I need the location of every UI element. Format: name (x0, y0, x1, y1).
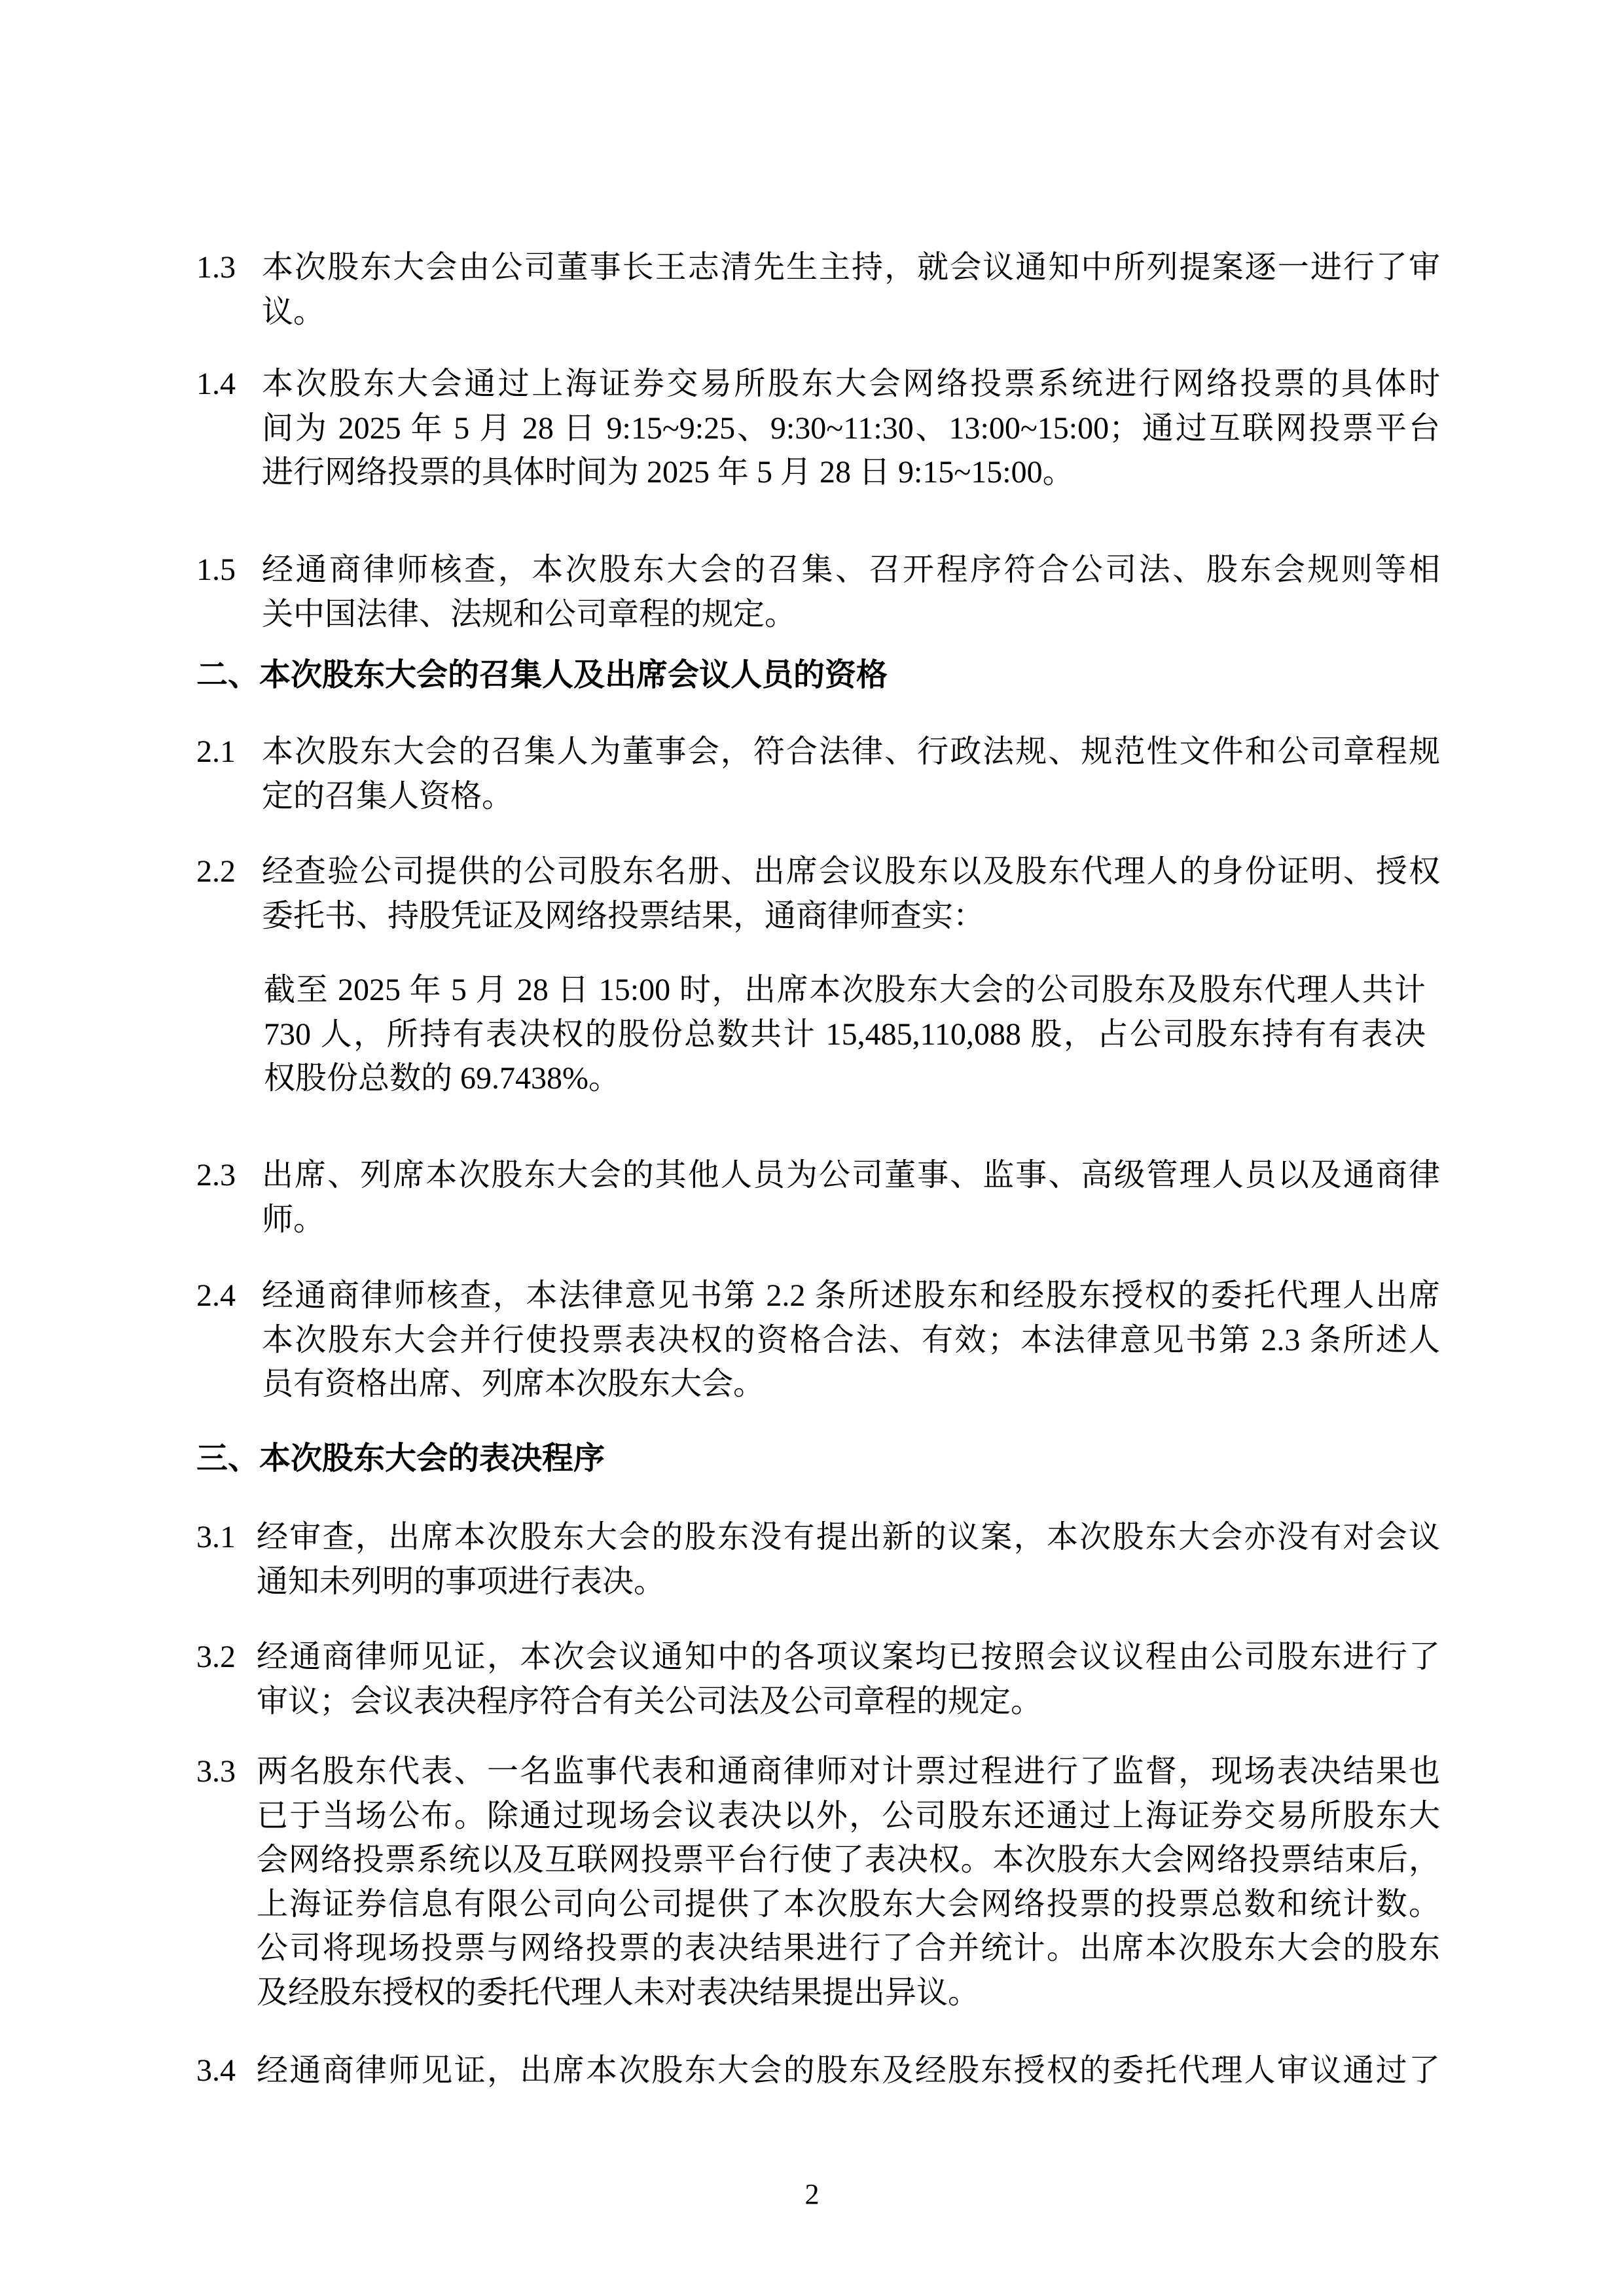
clause-number: 1.3 (196, 245, 262, 334)
text-line: 通知未列明的事项进行表决。 (257, 1560, 1440, 1604)
clause-number: 3.3 (196, 1749, 257, 2015)
clause-2-2-attendance-paragraph: 截至 2025 年 5 月 28 日 15:00 时，出席本次股东大会的公司股东… (264, 968, 1426, 1101)
text-line: 经通商律师核查，本次股东大会的召集、召开程序符合公司法、股东会规则等相 (262, 548, 1440, 592)
text-line: 经通商律师见证，出席本次股东大会的股东及经股东授权的委托代理人审议通过了 (257, 2049, 1440, 2093)
text-line: 上海证券信息有限公司向公司提供了本次股东大会网络投票的投票总数和统计数。 (257, 1882, 1440, 1927)
section-heading-2: 二、本次股东大会的召集人及出席会议人员的资格 (196, 653, 888, 698)
clause-2-4: 2.4 经通商律师核查，本法律意见书第 2.2 条所述股东和经股东授权的委托代理… (196, 1274, 1440, 1407)
clause-number: 2.4 (196, 1274, 262, 1407)
text-line: 本次股东大会由公司董事长王志清先生主持，就会议通知中所列提案逐一进行了审 (262, 245, 1440, 290)
text-line: 截至 2025 年 5 月 28 日 15:00 时，出席本次股东大会的公司股东… (264, 968, 1426, 1013)
text-line: 委托书、持股凭证及网络投票结果，通商律师查实： (262, 894, 1440, 939)
clause-text: 出席、列席本次股东大会的其他人员为公司董事、监事、高级管理人员以及通商律 师。 (262, 1153, 1440, 1242)
clause-number: 2.3 (196, 1153, 262, 1242)
clause-text: 经通商律师见证，本次会议通知中的各项议案均已按照会议议程由公司股东进行了 审议；… (257, 1635, 1440, 1723)
clause-number: 1.5 (196, 548, 262, 636)
clause-text: 两名股东代表、一名监事代表和通商律师对计票过程进行了监督，现场表决结果也 已于当… (257, 1749, 1440, 2015)
text-line: 本次股东大会通过上海证券交易所股东大会网络投票系统进行网络投票的具体时 (262, 362, 1440, 406)
clause-number: 3.4 (196, 2049, 257, 2093)
section-heading-number: 三、 (196, 1441, 259, 1476)
text-line: 定的召集人资格。 (262, 774, 1440, 819)
text-line: 经审查，出席本次股东大会的股东没有提出新的议案，本次股东大会亦没有对会议 (257, 1515, 1440, 1560)
clause-3-3: 3.3 两名股东代表、一名监事代表和通商律师对计票过程进行了监督，现场表决结果也… (196, 1749, 1440, 2015)
clause-text: 经通商律师核查，本法律意见书第 2.2 条所述股东和经股东授权的委托代理人出席 … (262, 1274, 1440, 1407)
text-line: 关中国法律、法规和公司章程的规定。 (262, 592, 1440, 637)
section-heading-title: 本次股东大会的召集人及出席会议人员的资格 (259, 658, 888, 692)
text-line: 及经股东授权的委托代理人未对表决结果提出异议。 (257, 1971, 1440, 2015)
page-number: 2 (0, 2178, 1624, 2211)
text-line: 会网络投票系统以及互联网投票平台行使了表决权。本次股东大会网络投票结束后， (257, 1838, 1440, 1882)
clause-3-1: 3.1 经审查，出席本次股东大会的股东没有提出新的议案，本次股东大会亦没有对会议… (196, 1515, 1440, 1604)
text-line: 经查验公司提供的公司股东名册、出席会议股东以及股东代理人的身份证明、授权 (262, 850, 1440, 894)
text-line: 间为 2025 年 5 月 28 日 9:15~9:25、9:30~11:30、… (262, 406, 1440, 451)
section-heading-number: 二、 (196, 658, 259, 692)
clause-3-2: 3.2 经通商律师见证，本次会议通知中的各项议案均已按照会议议程由公司股东进行了… (196, 1635, 1440, 1723)
section-heading-title: 本次股东大会的表决程序 (259, 1441, 605, 1476)
text-line: 议。 (262, 290, 1440, 334)
clause-3-4: 3.4 经通商律师见证，出席本次股东大会的股东及经股东授权的委托代理人审议通过了 (196, 2049, 1440, 2093)
clause-2-3: 2.3 出席、列席本次股东大会的其他人员为公司董事、监事、高级管理人员以及通商律… (196, 1153, 1440, 1242)
text-line: 员有资格出席、列席本次股东大会。 (262, 1362, 1440, 1407)
clause-text: 本次股东大会由公司董事长王志清先生主持，就会议通知中所列提案逐一进行了审 议。 (262, 245, 1440, 334)
clause-1-5: 1.5 经通商律师核查，本次股东大会的召集、召开程序符合公司法、股东会规则等相 … (196, 548, 1440, 636)
clause-text: 经审查，出席本次股东大会的股东没有提出新的议案，本次股东大会亦没有对会议 通知未… (257, 1515, 1440, 1604)
text-line: 权股份总数的 69.7438%。 (264, 1056, 1426, 1101)
clause-text: 本次股东大会通过上海证券交易所股东大会网络投票系统进行网络投票的具体时 间为 2… (262, 362, 1440, 495)
clause-text: 经查验公司提供的公司股东名册、出席会议股东以及股东代理人的身份证明、授权 委托书… (262, 850, 1440, 938)
clause-1-4: 1.4 本次股东大会通过上海证券交易所股东大会网络投票系统进行网络投票的具体时 … (196, 362, 1440, 495)
text-line: 经通商律师核查，本法律意见书第 2.2 条所述股东和经股东授权的委托代理人出席 (262, 1274, 1440, 1318)
clause-number: 2.1 (196, 730, 262, 818)
clause-2-1: 2.1 本次股东大会的召集人为董事会，符合法律、行政法规、规范性文件和公司章程规… (196, 730, 1440, 818)
clause-number: 1.4 (196, 362, 262, 495)
text-line: 两名股东代表、一名监事代表和通商律师对计票过程进行了监督，现场表决结果也 (257, 1749, 1440, 1794)
text-line: 师。 (262, 1198, 1440, 1242)
text-line: 已于当场公布。除通过现场会议表决以外，公司股东还通过上海证券交易所股东大 (257, 1794, 1440, 1839)
text-line: 本次股东大会的召集人为董事会，符合法律、行政法规、规范性文件和公司章程规 (262, 730, 1440, 774)
clause-2-2: 2.2 经查验公司提供的公司股东名册、出席会议股东以及股东代理人的身份证明、授权… (196, 850, 1440, 938)
text-line: 进行网络投票的具体时间为 2025 年 5 月 28 日 9:15~15:00。 (262, 450, 1440, 495)
text-line: 本次股东大会并行使投票表决权的资格合法、有效；本法律意见书第 2.3 条所述人 (262, 1318, 1440, 1363)
clause-number: 3.2 (196, 1635, 257, 1723)
text-line: 730 人，所持有表决权的股份总数共计 15,485,110,088 股，占公司… (264, 1013, 1426, 1057)
clause-text: 本次股东大会的召集人为董事会，符合法律、行政法规、规范性文件和公司章程规 定的召… (262, 730, 1440, 818)
clause-text: 经通商律师核查，本次股东大会的召集、召开程序符合公司法、股东会规则等相 关中国法… (262, 548, 1440, 636)
clause-number: 2.2 (196, 850, 262, 938)
clause-text: 经通商律师见证，出席本次股东大会的股东及经股东授权的委托代理人审议通过了 (257, 2049, 1440, 2093)
text-line: 经通商律师见证，本次会议通知中的各项议案均已按照会议议程由公司股东进行了 (257, 1635, 1440, 1679)
text-line: 公司将现场投票与网络投票的表决结果进行了合并统计。出席本次股东大会的股东 (257, 1926, 1440, 1971)
clause-number: 3.1 (196, 1515, 257, 1604)
document-page: 1.3 本次股东大会由公司董事长王志清先生主持，就会议通知中所列提案逐一进行了审… (0, 0, 1624, 2296)
clause-1-3: 1.3 本次股东大会由公司董事长王志清先生主持，就会议通知中所列提案逐一进行了审… (196, 245, 1440, 334)
text-line: 出席、列席本次股东大会的其他人员为公司董事、监事、高级管理人员以及通商律 (262, 1153, 1440, 1198)
section-heading-3: 三、本次股东大会的表决程序 (196, 1437, 605, 1481)
text-line: 审议；会议表决程序符合有关公司法及公司章程的规定。 (257, 1679, 1440, 1724)
